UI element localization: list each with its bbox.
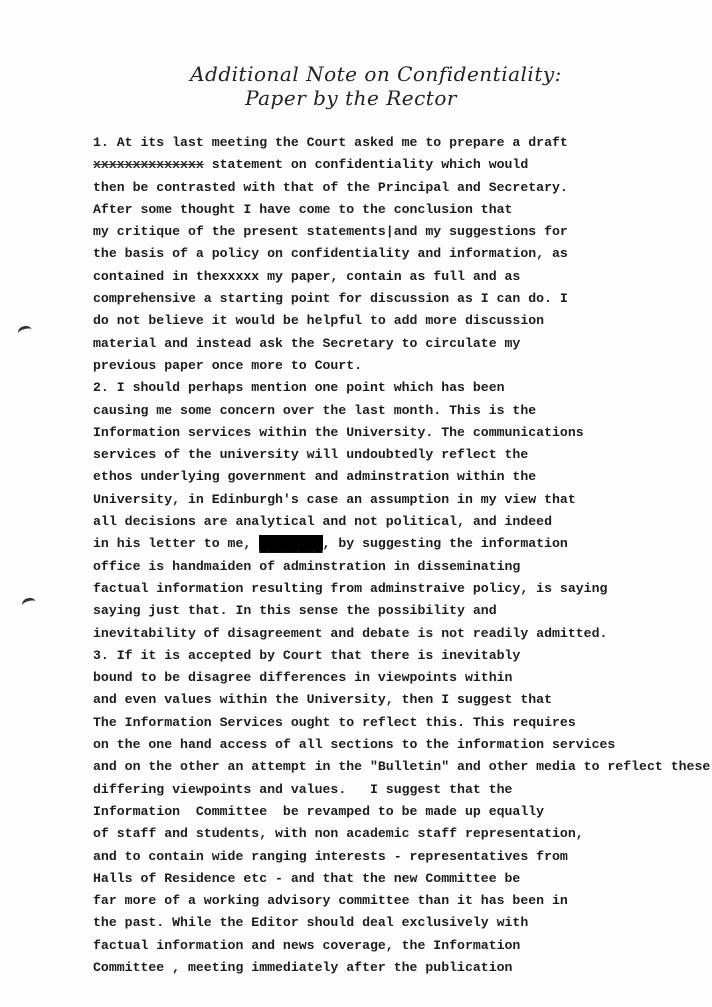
text-line: contained in thexxxxx my paper, contain … (93, 266, 653, 288)
text-line: my critique of the present statements|an… (93, 221, 653, 243)
text-line: Committee , meeting immediately after th… (93, 957, 653, 979)
text-line: 2. I should perhaps mention one point wh… (93, 377, 653, 399)
text-line: material and instead ask the Secretary t… (93, 333, 653, 355)
text-line: causing me some concern over the last mo… (93, 400, 653, 422)
text-line: inevitability of disagreement and debate… (93, 623, 653, 645)
text-line: and even values within the University, t… (93, 689, 653, 711)
text-line: in his letter to me, ████████, by sugges… (93, 533, 653, 555)
text-line: University, in Edinburgh's case an assum… (93, 489, 653, 511)
text-line: far more of a working advisory committee… (93, 890, 653, 912)
handwritten-subtitle: Paper by the Rector (0, 86, 707, 110)
document-page: Additional Note on Confidentiality: Pape… (0, 0, 712, 1007)
text-line: 3. If it is accepted by Court that there… (93, 645, 653, 667)
text-line: saying just that. In this sense the poss… (93, 600, 653, 622)
text-line: 1. At its last meeting the Court asked m… (93, 132, 653, 154)
text-line: and to contain wide ranging interests - … (93, 846, 653, 868)
text-line: differing viewpoints and values. I sugge… (93, 779, 653, 801)
handwritten-title: Additional Note on Confidentiality: (20, 62, 712, 86)
margin-punch-mark (17, 324, 33, 338)
text-line: xxxxxxxxxxxxxx statement on confidential… (93, 154, 653, 176)
text-line: ethos underlying government and adminstr… (93, 466, 653, 488)
struck-out-text: xxxxxxxxxxxxxx (93, 157, 204, 172)
text-line: all decisions are analytical and not pol… (93, 511, 653, 533)
text-line: and on the other an attempt in the "Bull… (93, 756, 653, 778)
typed-body-text: 1. At its last meeting the Court asked m… (93, 132, 653, 979)
text-line: the past. While the Editor should deal e… (93, 912, 653, 934)
text-line: on the one hand access of all sections t… (93, 734, 653, 756)
text-line: factual information resulting from admin… (93, 578, 653, 600)
text-line: The Information Services ought to reflec… (93, 712, 653, 734)
text-line: previous paper once more to Court. (93, 355, 653, 377)
text-line: Information services within the Universi… (93, 422, 653, 444)
text-line: then be contrasted with that of the Prin… (93, 177, 653, 199)
text-line: Information Committee be revamped to be … (93, 801, 653, 823)
redaction-block: ████████ (259, 535, 322, 550)
text-line: do not believe it would be helpful to ad… (93, 310, 653, 332)
text-line: After some thought I have come to the co… (93, 199, 653, 221)
text-line: factual information and news coverage, t… (93, 935, 653, 957)
text-line: services of the university will undoubte… (93, 444, 653, 466)
text-line: office is handmaiden of adminstration in… (93, 556, 653, 578)
margin-punch-mark (21, 596, 37, 610)
text-line: bound to be disagree differences in view… (93, 667, 653, 689)
text-line: the basis of a policy on confidentiality… (93, 243, 653, 265)
text-line: of staff and students, with non academic… (93, 823, 653, 845)
text-line: Halls of Residence etc - and that the ne… (93, 868, 653, 890)
text-line: comprehensive a starting point for discu… (93, 288, 653, 310)
